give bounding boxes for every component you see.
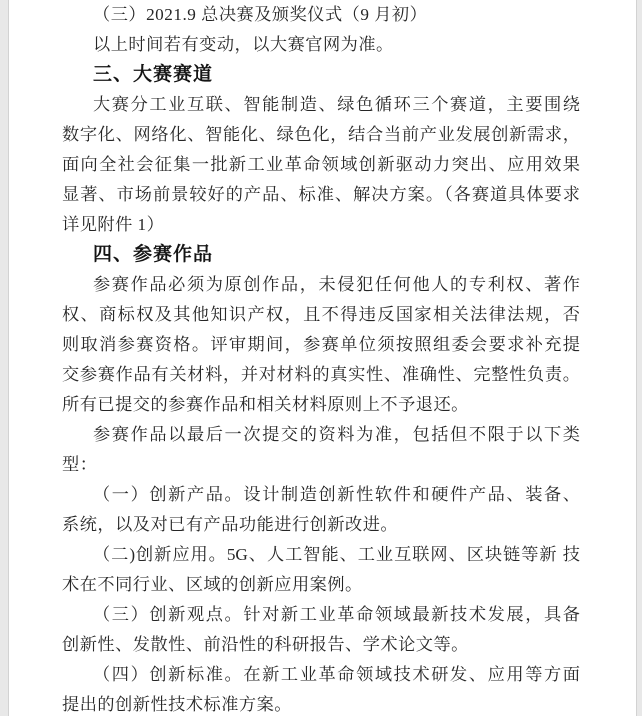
- section-heading: 四、参赛作品: [62, 240, 580, 270]
- text-line: 交参赛作品有关材料，并对材料的真实性、准确性、完整性负责。: [62, 360, 580, 390]
- text-line: 以上时间若有变动，以大赛官网为准。: [62, 30, 580, 60]
- text-line: 参赛作品以最后一次提交的资料为准，包括但不限于以下类: [62, 420, 580, 450]
- page-left-edge: [0, 0, 9, 716]
- text-line: 则取消参赛资格。评审期间，参赛单位须按照组委会要求补充提: [62, 330, 580, 360]
- text-line: 显著、市场前景较好的产品、标准、解决方案。（各赛道具体要求: [62, 180, 580, 210]
- text-line: 创新性、发散性、前沿性的科研报告、学术论文等。: [62, 630, 580, 660]
- text-line: 系统，以及对已有产品功能进行创新改进。: [62, 510, 580, 540]
- document-content: （三）2021.9 总决赛及颁奖仪式（9 月初）以上时间若有变动，以大赛官网为准…: [62, 0, 580, 716]
- page-right-edge: [636, 0, 642, 716]
- text-line: （一）创新产品。设计制造创新性软件和硬件产品、装备、: [62, 480, 580, 510]
- text-line: 大赛分工业互联、智能制造、绿色循环三个赛道，主要围绕: [62, 90, 580, 120]
- text-line: （三）创新观点。针对新工业革命领域最新技术发展，具备: [62, 600, 580, 630]
- text-line: 面向全社会征集一批新工业革命领域创新驱动力突出、应用效果: [62, 150, 580, 180]
- text-line: 所有已提交的参赛作品和相关材料原则上不予退还。: [62, 390, 580, 420]
- text-line: 型：: [62, 450, 580, 480]
- section-heading: 三、大赛赛道: [62, 60, 580, 90]
- text-line: 详见附件 1）: [62, 210, 580, 240]
- text-line: 参赛作品必须为原创作品，未侵犯任何他人的专利权、著作: [62, 270, 580, 300]
- document-page: { "document": { "kind": "competition-not…: [0, 0, 644, 716]
- text-line: （三）2021.9 总决赛及颁奖仪式（9 月初）: [62, 0, 580, 30]
- text-line: （二)创新应用。5G、人工智能、工业互联网、区块链等新 技: [62, 540, 580, 570]
- text-line: 权、商标权及其他知识产权，且不得违反国家相关法律法规，否: [62, 300, 580, 330]
- text-line: （四）创新标准。在新工业革命领域技术研发、应用等方面: [62, 660, 580, 690]
- text-line: 提出的创新性技术标准方案。: [62, 690, 580, 716]
- text-line: 术在不同行业、区域的创新应用案例。: [62, 570, 580, 600]
- text-line: 数字化、网络化、智能化、绿色化，结合当前产业发展创新需求，: [62, 120, 580, 150]
